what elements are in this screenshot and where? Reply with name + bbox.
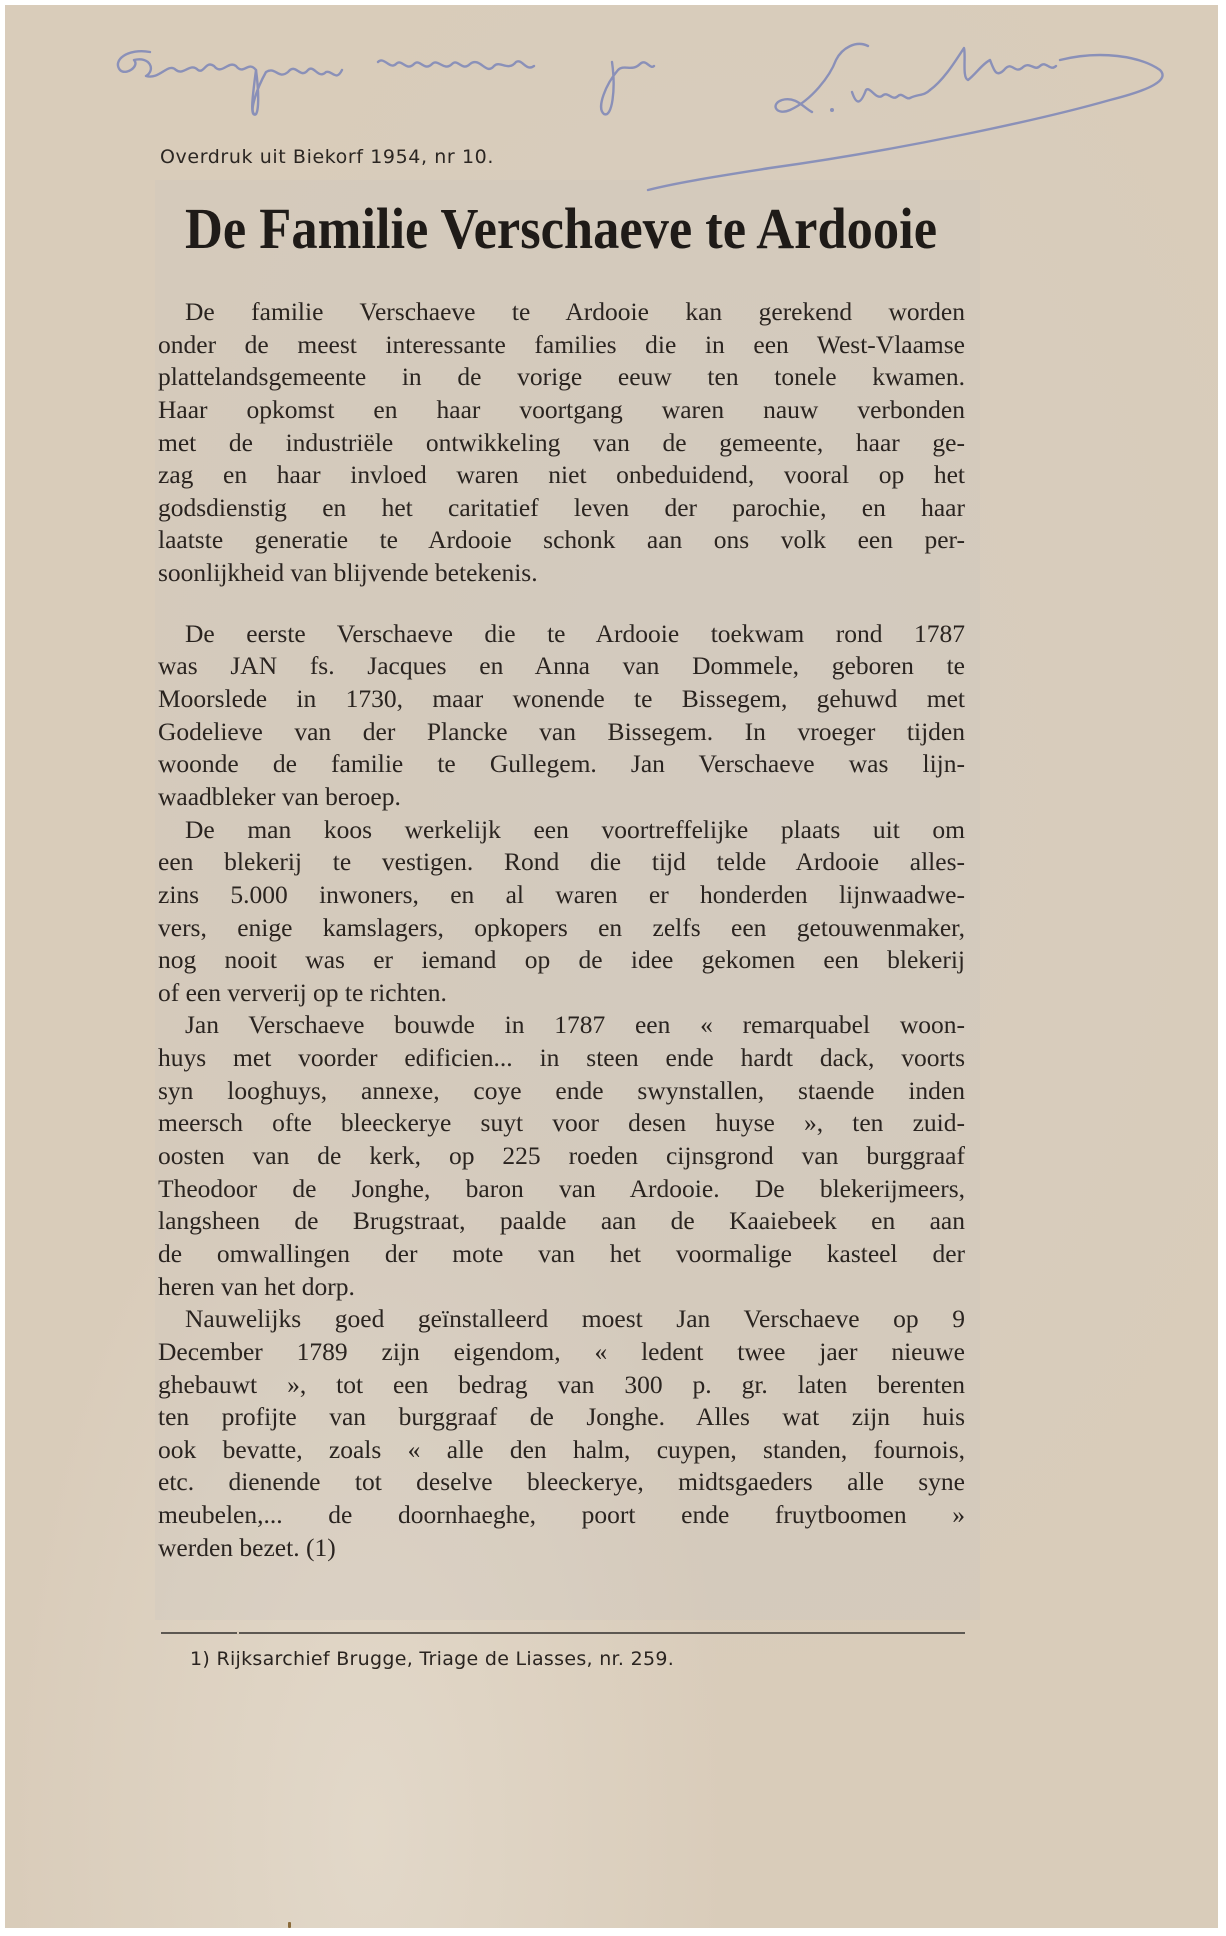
- text-line: oosten van de kerk, op 225 roeden cijnsg…: [158, 1140, 965, 1173]
- text-line: langsheen de Brugstraat, paalde aan de K…: [158, 1205, 965, 1238]
- text-line: huys met voorder edificien... in steen e…: [158, 1042, 965, 1075]
- text-line: Haar opkomst en haar voortgang waren nau…: [158, 394, 965, 427]
- text-line: meersch ofte bleeckerye suyt voor desen …: [158, 1107, 965, 1140]
- text-line: laatste generatie te Ardooie schonk aan …: [158, 524, 965, 557]
- text-line: Moorslede in 1730, maar wonende te Bisse…: [158, 683, 965, 716]
- text-line: ten profijte van burggraaf de Jonghe. Al…: [158, 1401, 965, 1434]
- text-line: heren van het dorp.: [158, 1271, 965, 1304]
- text-line: was JAN fs. Jacques en Anna van Dommele,…: [158, 650, 965, 683]
- text-line: de omwallingen der mote van het voormali…: [158, 1238, 965, 1271]
- dedication-handwriting-2: [378, 60, 534, 68]
- paragraph-gap: [158, 590, 965, 618]
- text-line: Godelieve van der Plancke van Bissegem. …: [158, 716, 965, 749]
- paragraph: Nauwelijks goed geïnstalleerd moest Jan …: [158, 1303, 965, 1564]
- offprint-header: Overdruk uit Biekorf 1954, nr 10.: [160, 146, 494, 168]
- text-line: De man koos werkelijk een voortreffelijk…: [158, 814, 965, 847]
- text-line: plattelandsgemeente in de vorige eeuw te…: [158, 361, 965, 394]
- dedication-handwriting: [118, 51, 342, 114]
- text-line: met de industriële ontwikkeling van de g…: [158, 427, 965, 460]
- text-line: De eerste Verschaeve die te Ardooie toek…: [158, 618, 965, 651]
- paragraph: De man koos werkelijk een voortreffelijk…: [158, 814, 965, 1010]
- footnote: 1) Rijksarchief Brugge, Triage de Liasse…: [190, 1648, 674, 1670]
- text-line: etc. dienende tot deselve bleeckerye, mi…: [158, 1466, 965, 1499]
- text-line: Jan Verschaeve bouwde in 1787 een « rema…: [158, 1009, 965, 1042]
- text-line: godsdienstig en het caritatief leven der…: [158, 492, 965, 525]
- text-line: woonde de familie te Gullegem. Jan Versc…: [158, 748, 965, 781]
- text-line: of een ververij op te richten.: [158, 977, 965, 1010]
- text-line: December 1789 zijn eigendom, « ledent tw…: [158, 1336, 965, 1369]
- page-title: De Familie Verschaeve te Ardooie: [185, 197, 865, 261]
- paper-speck: [288, 1922, 291, 1928]
- paragraph: Jan Verschaeve bouwde in 1787 een « rema…: [158, 1009, 965, 1303]
- signature-handwriting: [776, 44, 868, 112]
- text-line: onder de meest interessante families die…: [158, 329, 965, 362]
- text-line: Theodoor de Jonghe, baron van Ardooie. D…: [158, 1173, 965, 1206]
- text-line: zag en haar invloed waren niet onbeduide…: [158, 459, 965, 492]
- text-line: meubelen,... de doornhaeghe, poort ende …: [158, 1499, 965, 1532]
- text-line: syn looghuys, annexe, coye ende swynstal…: [158, 1075, 965, 1108]
- text-line: zins 5.000 inwoners, en al waren er hond…: [158, 879, 965, 912]
- text-line: vers, enige kamslagers, opkopers en zelf…: [158, 912, 965, 945]
- text-line: Nauwelijks goed geïnstalleerd moest Jan …: [158, 1303, 965, 1336]
- paragraph: De eerste Verschaeve die te Ardooie toek…: [158, 618, 965, 814]
- text-line: ghebauwt », tot een bedrag van 300 p. gr…: [158, 1369, 965, 1402]
- paragraph: De familie Verschaeve te Ardooie kan ger…: [158, 296, 965, 590]
- footnote-divider: [161, 1632, 965, 1634]
- text-line: ook bevatte, zoals « alle den halm, cuyp…: [158, 1434, 965, 1467]
- text-line: een blekerij te vestigen. Rond die tijd …: [158, 846, 965, 879]
- text-line: waadbleker van beroep.: [158, 781, 965, 814]
- text-line: nog nooit was er iemand op de idee gekom…: [158, 944, 965, 977]
- article-body: De familie Verschaeve te Ardooie kan ger…: [158, 296, 965, 1564]
- text-line: werden bezet. (1): [158, 1532, 965, 1565]
- text-line: soonlijkheid van blijvende betekenis.: [158, 557, 965, 590]
- text-line: De familie Verschaeve te Ardooie kan ger…: [158, 296, 965, 329]
